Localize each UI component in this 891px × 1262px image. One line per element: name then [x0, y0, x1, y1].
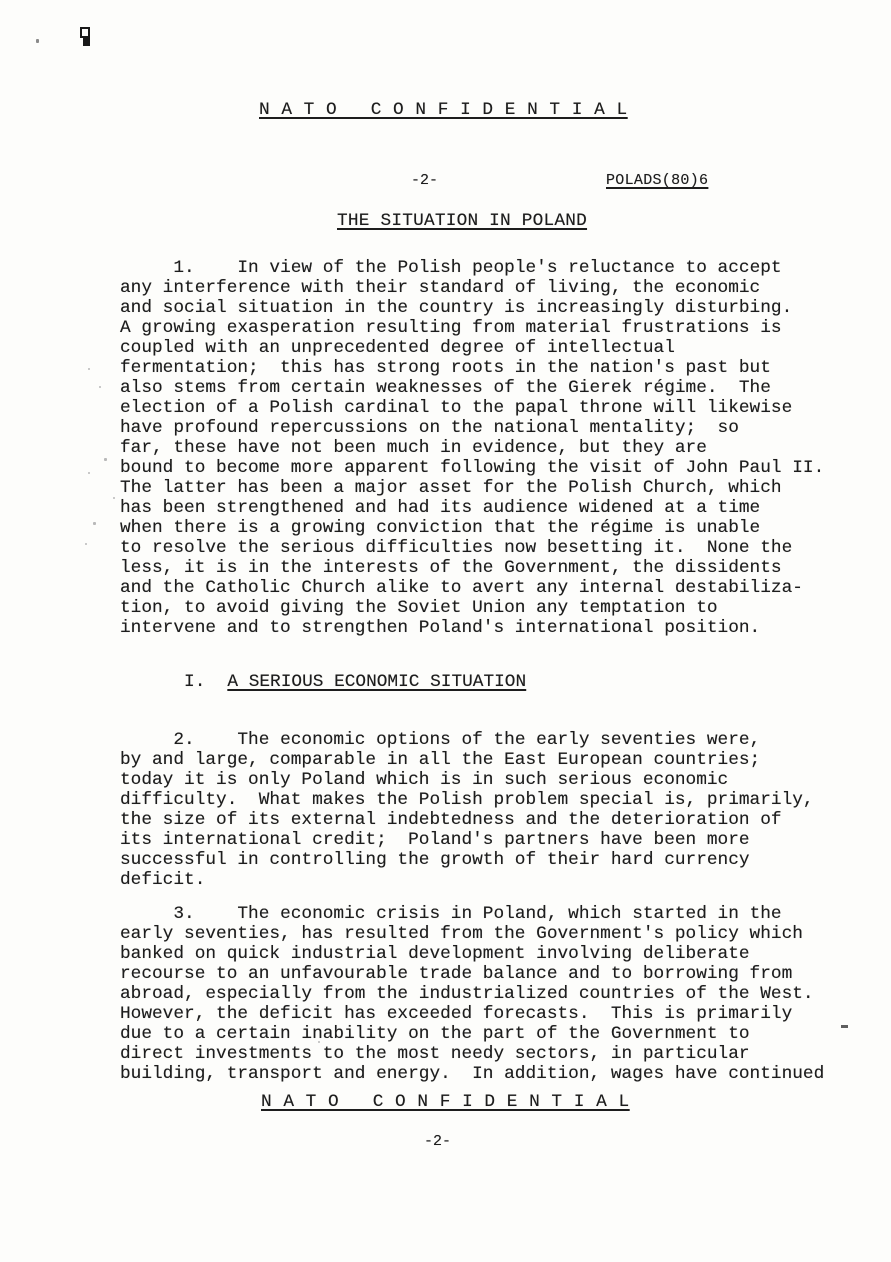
scan-speck — [93, 522, 96, 525]
document-body: 1. In view of the Polish people's reluct… — [120, 258, 882, 1098]
page-number-top: -2- — [411, 172, 438, 189]
document-title: THE SITUATION IN POLAND — [337, 211, 587, 231]
page-number-bottom: -2- — [424, 1133, 451, 1150]
scan-artifact-mark — [80, 27, 90, 38]
paragraph-3: 3. The economic crisis in Poland, which … — [120, 904, 882, 1084]
classification-banner-bottom: N A T O C O N F I D E N T I A L — [261, 1092, 630, 1112]
scan-speck — [104, 458, 107, 461]
section-number: I. — [184, 672, 205, 692]
paragraph-2: 2. The economic options of the early sev… — [120, 730, 882, 890]
scan-artifact-mark — [83, 38, 90, 46]
scan-speck — [113, 497, 115, 499]
scan-speck — [88, 368, 90, 370]
reference-row: -2- POLADS(80)6 — [0, 172, 891, 194]
document-page: N A T O C O N F I D E N T I A L -2- POLA… — [0, 0, 891, 1262]
scan-speck — [99, 386, 101, 388]
section-heading-1: I.A SERIOUS ECONOMIC SITUATION — [120, 652, 882, 712]
scan-speck — [85, 543, 87, 545]
classification-banner-top: N A T O C O N F I D E N T I A L — [259, 100, 628, 120]
section-title: A SERIOUS ECONOMIC SITUATION — [227, 672, 526, 692]
document-reference: POLADS(80)6 — [606, 172, 708, 189]
scan-speck — [36, 39, 39, 43]
paragraph-1: 1. In view of the Polish people's reluct… — [120, 258, 882, 638]
scan-speck — [88, 472, 90, 474]
